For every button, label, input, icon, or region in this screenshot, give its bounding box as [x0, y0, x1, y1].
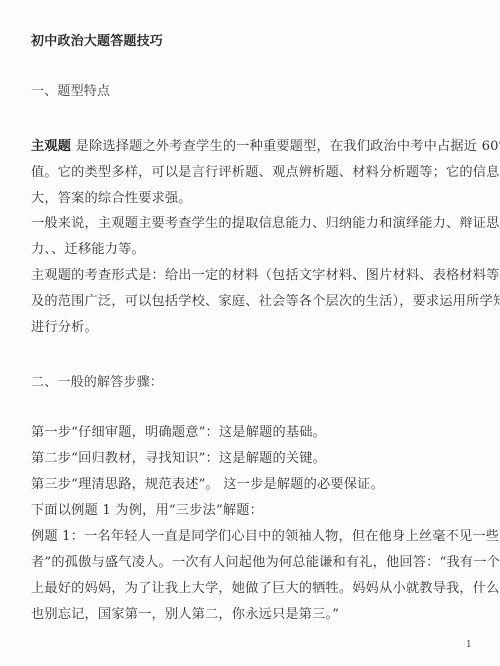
paragraph-line: 大，答案的综合性要求强。	[31, 191, 192, 207]
bold-term: 主观题	[31, 139, 71, 154]
document-title: 初中政治大题答题技巧	[31, 34, 163, 50]
example-line: 者”的孤傲与盛气凌人。一次有人问起他为何总能谦和有礼，他回答：“我有一个世	[31, 555, 500, 571]
example-intro: 下面以例题 1 为例，用“三步法”解题：	[31, 503, 263, 519]
section-heading-answer-steps: 二、一般的解答步骤：	[31, 375, 163, 391]
example-line: 上最好的妈妈，为了让我上大学，她做了巨大的牺牲。妈妈从小就教导我，什么时候	[31, 581, 500, 597]
paragraph-text: 是除选择题之外考查学生的一种重要题型，在我们政治中考中占据近 60%的分	[71, 139, 500, 154]
paragraph-line: 力、、迁移能力等。	[31, 242, 145, 258]
paragraph-line: 值。它的类型多样，可以是言行评析题、观点辨析题、材料分析题等；它的信息容量	[31, 165, 500, 181]
page-number: 1	[466, 640, 472, 650]
section-heading-question-types: 一、题型特点	[31, 84, 110, 100]
example-line: 也别忘记，国家第一，别人第二，你永远只是第三。”	[31, 607, 339, 623]
step-item: 第三步“理清思路，规范表述”。 这一步是解题的必要保证。	[31, 477, 384, 493]
paragraph-line: 主观题的考查形式是：给出一定的材料（包括文字材料、图片材料、表格材料等。涉	[31, 268, 500, 284]
example-line: 例题 1：一名年轻人一直是同学们心目中的领袖人物，但在他身上丝毫不见一些“佼佼	[31, 529, 500, 545]
paragraph-line: 进行分析。	[31, 320, 98, 336]
step-item: 第一步“仔细审题，明确题意”：这是解题的基础。	[31, 425, 326, 441]
document-page: 初中政治大题答题技巧 一、题型特点 主观题 是除选择题之外考查学生的一种重要题型…	[0, 0, 500, 666]
paragraph-line: 一般来说，主观题主要考查学生的提取信息能力、归纳能力和演绎能力、辩证思维能	[31, 216, 500, 232]
step-item: 第二步“回归教材，寻找知识”：这是解题的关键。	[31, 451, 326, 467]
paragraph-line: 主观题 是除选择题之外考查学生的一种重要题型，在我们政治中考中占据近 60%的分	[31, 139, 500, 155]
paragraph-line: 及的范围广泛，可以包括学校、家庭、社会等各个层次的生活），要求运用所学知识	[31, 294, 500, 310]
